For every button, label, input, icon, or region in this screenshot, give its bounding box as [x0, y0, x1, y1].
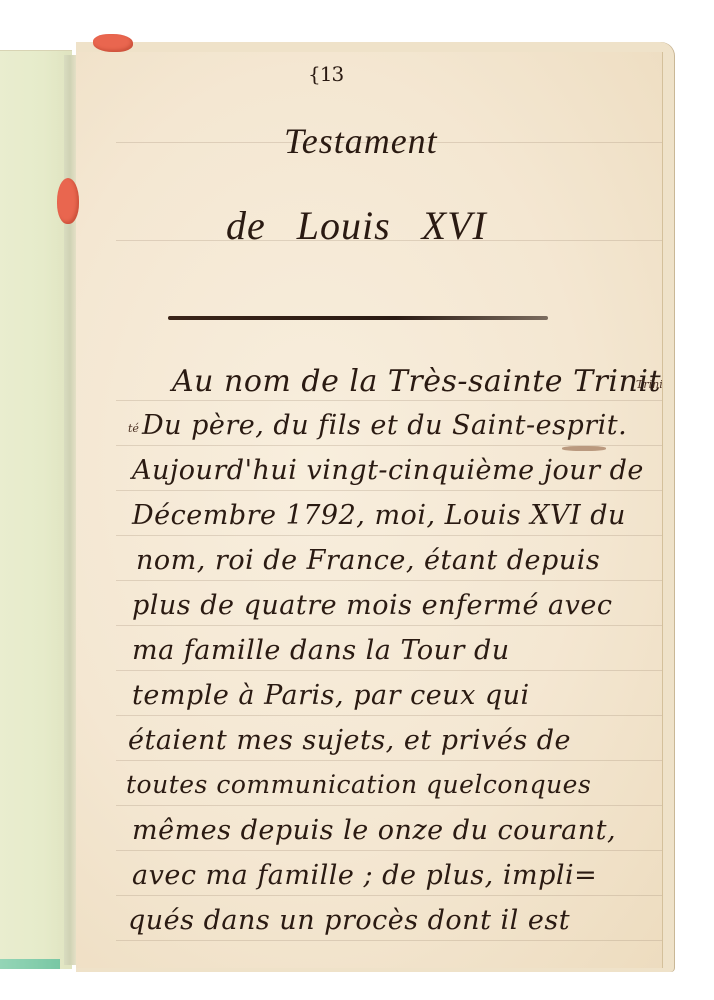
- margin-note: té: [128, 422, 139, 435]
- title-line-1: Testament: [284, 120, 438, 162]
- manuscript-scan: {13 Testament de Louis XVI Au nom de la …: [0, 0, 714, 1000]
- body-line: Au nom de la Très-sainte Trinité: [172, 364, 663, 399]
- folio-number: {13: [308, 62, 343, 86]
- ruled-line: [116, 940, 662, 941]
- body-line: Décembre 1792, moi, Louis XVI du: [132, 500, 626, 531]
- ruled-line: [116, 715, 662, 716]
- body-line: Aujourd'hui vingt-cinquième jour de: [132, 455, 644, 486]
- body-line: mêmes depuis le onze du courant,: [132, 815, 616, 846]
- title-line-2: de Louis XVI: [226, 202, 487, 249]
- body-line: étaient mes sujets, et privés de: [128, 725, 571, 756]
- body-line: nom, roi de France, étant depuis: [136, 545, 600, 576]
- ink-blot: [562, 446, 606, 451]
- body-line: toutes communication quelconques: [126, 770, 591, 799]
- body-line: ma famille dans la Tour du: [132, 635, 510, 666]
- binding-ribbon-side: [57, 178, 79, 224]
- body-line: Du père, du fils et du Saint-esprit.: [142, 410, 627, 441]
- ruled-line: [116, 580, 662, 581]
- margin-note: Trini: [636, 378, 663, 391]
- ruled-line: [116, 895, 662, 896]
- ruled-line: [116, 625, 662, 626]
- body-line: plus de quatre mois enfermé avec: [132, 590, 612, 621]
- body-line: avec ma famille ; de plus, impli=: [132, 860, 597, 891]
- title-divider: [168, 316, 548, 320]
- ruled-line: [116, 760, 662, 761]
- flyleaf-stain: [0, 959, 60, 969]
- binding-ribbon-top: [93, 34, 133, 52]
- manuscript-page: {13 Testament de Louis XVI Au nom de la …: [76, 52, 663, 968]
- body-line: qués dans un procès dont il est: [128, 905, 570, 936]
- ruled-line: [116, 400, 662, 401]
- ruled-line: [116, 490, 662, 491]
- ruled-line: [116, 850, 662, 851]
- ruled-line: [116, 535, 662, 536]
- body-line: temple à Paris, par ceux qui: [132, 680, 530, 711]
- ruled-line: [116, 670, 662, 671]
- ruled-line: [116, 805, 662, 806]
